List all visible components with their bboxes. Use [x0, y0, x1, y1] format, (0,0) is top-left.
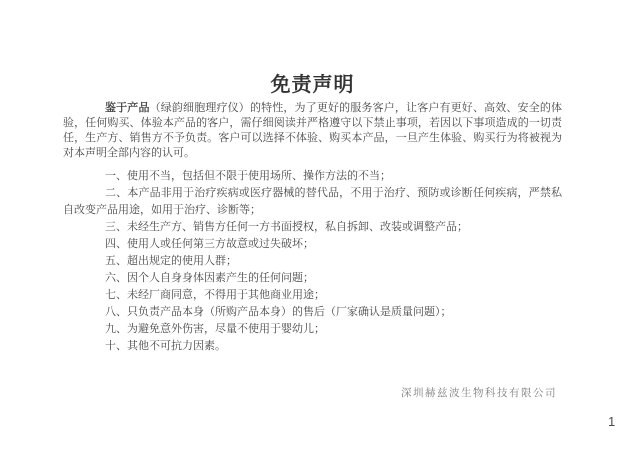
list-item: 五、超出规定的使用人群；	[63, 253, 562, 270]
page-number: 1	[608, 414, 615, 429]
list-item: 二、本产品非用于治疗疾病或医疗器械的替代品，不用于治疗、预防或诊断任何疾病，严禁…	[63, 185, 562, 219]
list-item: 三、未经生产方、销售方任何一方书面授权，私自拆卸、改装或调整产品；	[63, 219, 562, 236]
list-item: 六、因个人自身身体因素产生的任何问题；	[63, 270, 562, 287]
disclaimer-intro: 鉴于产品（绿韵细胞理疗仪）的特性，为了更好的服务客户，让客户有更好、高效、安全的…	[63, 101, 562, 161]
list-item: 七、未经厂商同意，不得用于其他商业用途；	[63, 287, 562, 304]
list-item: 四、使用人或任何第三方故意或过失破坏；	[63, 236, 562, 253]
page-title: 免责声明	[63, 68, 562, 97]
company-name: 深圳赫兹波生物科技有限公司	[401, 385, 557, 400]
list-item: 八、只负责产品本身（所购产品本身）的售后（厂家确认是质量问题）；	[63, 304, 562, 321]
list-item: 一、使用不当，包括但不限于使用场所、操作方法的不当；	[63, 168, 562, 185]
list-item: 十、其他不可抗力因素。	[63, 338, 562, 355]
prohibited-items-list: 一、使用不当，包括但不限于使用场所、操作方法的不当； 二、本产品非用于治疗疾病或…	[63, 168, 562, 355]
intro-lead: 鉴于产品	[105, 102, 150, 114]
disclaimer-page: 免责声明 鉴于产品（绿韵细胞理疗仪）的特性，为了更好的服务客户，让客户有更好、高…	[0, 0, 640, 468]
list-item: 九、为避免意外伤害，尽量不使用于婴幼儿；	[63, 321, 562, 338]
